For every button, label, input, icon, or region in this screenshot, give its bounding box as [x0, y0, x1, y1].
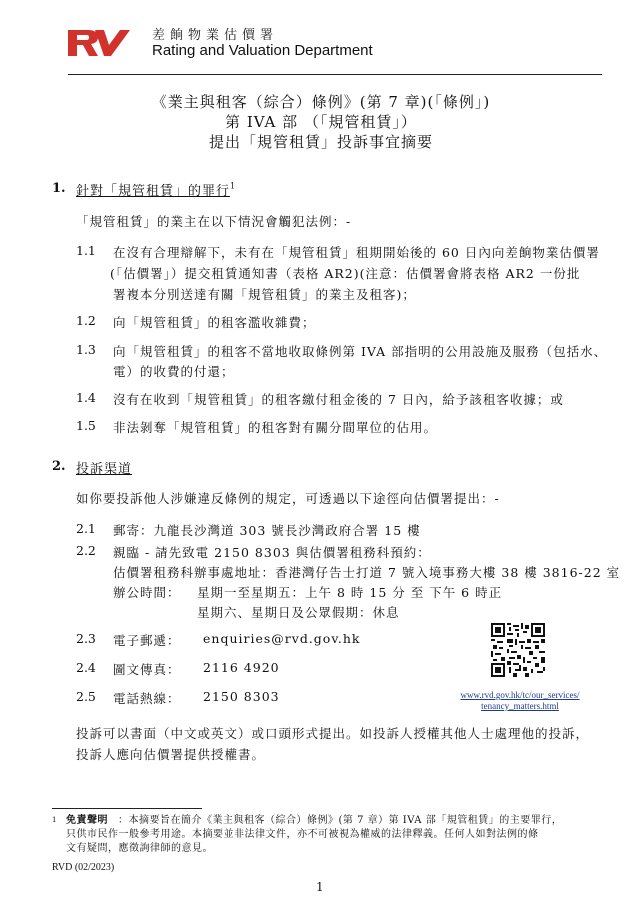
item-2-2-number: 2.2	[76, 543, 96, 558]
office-hours-label: 辦公時間：	[113, 583, 181, 601]
office-hours-weekday: 星期一至星期五：上午 8 時 15 分 至 下午 6 時正	[197, 583, 502, 601]
email-value[interactable]: enquiries@rvd.gov.hk	[203, 631, 361, 646]
qr-link[interactable]: www.rvd.gov.hk/tc/our_services/ tenancy_…	[445, 690, 595, 712]
item-1-3-line2: 電）的收費的付還；	[113, 362, 235, 380]
item-1-2-number: 1.2	[76, 313, 96, 328]
item-2-1-number: 2.1	[76, 521, 96, 536]
item-1-1-line2: (「估價署」）提交租賃通知書（表格 AR2)(注意：估價署會將表格 AR2 一份…	[110, 264, 580, 282]
doc-title-line1: 《業主與租客（綜合）條例》(第 7 章)(「條例」)	[0, 91, 642, 112]
doc-title-line2: 第 IVA 部 （「規管租賃」）	[0, 111, 642, 132]
item-2-3-number: 2.3	[76, 631, 96, 646]
in-person-text: 親臨 - 請先致電 2150 8303 與估價署租務科預約：	[113, 543, 431, 561]
mail-address: 郵寄：九龍長沙灣道 303 號長沙灣政府合署 15 樓	[113, 521, 421, 539]
office-address: 估價署租務科辦事處地址：香港灣仔告士打道 7 號入境事務大樓 38 樓 3816…	[113, 563, 620, 581]
org-name-zh: 差餉物業估價署	[152, 24, 278, 43]
office-hours-weekend: 星期六、星期日及公眾假期：休息	[197, 603, 400, 621]
qr-link-line1[interactable]: www.rvd.gov.hk/tc/our_services/	[445, 690, 595, 701]
hotline-value: 2150 8303	[203, 689, 280, 704]
closing-line2: 投訴人應向估價署提供授權書。	[76, 745, 265, 763]
footnote-marker: 1	[52, 814, 57, 827]
section1-intro: 「規管租賃」的業主在以下情況會觸犯法例：-	[76, 212, 351, 230]
item-2-5-number: 2.5	[76, 689, 96, 704]
document-code: RVD (02/2023)	[52, 862, 114, 873]
section2-intro: 如你要投訴他人涉嫌違反條例的規定，可透過以下途徑向估價署提出：-	[76, 489, 500, 507]
item-2-4-number: 2.4	[76, 660, 96, 675]
closing-line1: 投訴可以書面（中文或英文）或口頭形式提出。如投訴人授權其他人士處理他的投訴，	[76, 724, 589, 742]
footnote-divider	[52, 808, 202, 809]
org-name-en: Rating and Valuation Department	[152, 42, 373, 59]
header-divider	[68, 74, 602, 75]
item-1-1-line3: 署複本分別送達有關「規管租賃」的業主及租客)；	[113, 285, 416, 303]
rvd-logo	[68, 30, 130, 56]
item-1-5-number: 1.5	[76, 418, 96, 433]
item-1-1-number: 1.1	[76, 243, 96, 258]
doc-title-line3: 提出「規管租賃」投訴事宜摘要	[0, 131, 642, 152]
item-1-3-number: 1.3	[76, 342, 96, 357]
footnote-line3: 文有疑問，應徵詢律師的意見。	[66, 842, 213, 855]
section1-heading: 針對「規管租賃」的罪行1	[76, 180, 235, 199]
item-1-5-text: 非法剝奪「規管租賃」的租客對有關分間單位的佔用。	[113, 418, 437, 436]
email-label: 電子郵遞：	[113, 631, 181, 649]
section1-number: 1.	[52, 181, 66, 196]
qr-link-line2[interactable]: tenancy_matters.html	[445, 701, 595, 712]
section1-heading-text: 針對「規管租賃」的罪行	[76, 184, 230, 199]
footnote-line1: ：本摘要旨在簡介《業主與租客（綜合）條例》(第 7 章）第 IVA 部「規管租賃…	[118, 814, 562, 827]
item-1-1-line1: 在沒有合理辯解下，未有在「規管租賃」租期開始後的 60 日內向差餉物業估價署	[113, 243, 600, 261]
item-1-2-text: 向「規管租賃」的租客濫收雜費；	[113, 313, 316, 331]
qr-code-icon[interactable]	[491, 623, 545, 677]
footnote-line2: 只供市民作一般參考用途。本摘要並非法律文件，亦不可被視為權威的法律釋義。任何人如…	[66, 828, 539, 841]
section2-heading: 投訴渠道	[76, 458, 132, 477]
footnote-ref: 1	[230, 182, 235, 191]
fax-value: 2116 4920	[203, 660, 280, 675]
fax-label: 圖文傳真：	[113, 660, 181, 678]
page-number: 1	[316, 880, 324, 894]
item-1-3-line1: 向「規管租賃」的租客不當地收取條例第 IVA 部指明的公用設施及服務（包括水、	[113, 342, 607, 360]
hotline-label: 電話熱線：	[113, 689, 181, 707]
footnote-label: 免責聲明	[66, 814, 108, 827]
item-1-4-text: 沒有在收到「規管租賃」的租客繳付租金後的 7 日內，給予該租客收據；或	[113, 390, 564, 408]
item-1-4-number: 1.4	[76, 390, 96, 405]
section2-number: 2.	[52, 459, 66, 474]
